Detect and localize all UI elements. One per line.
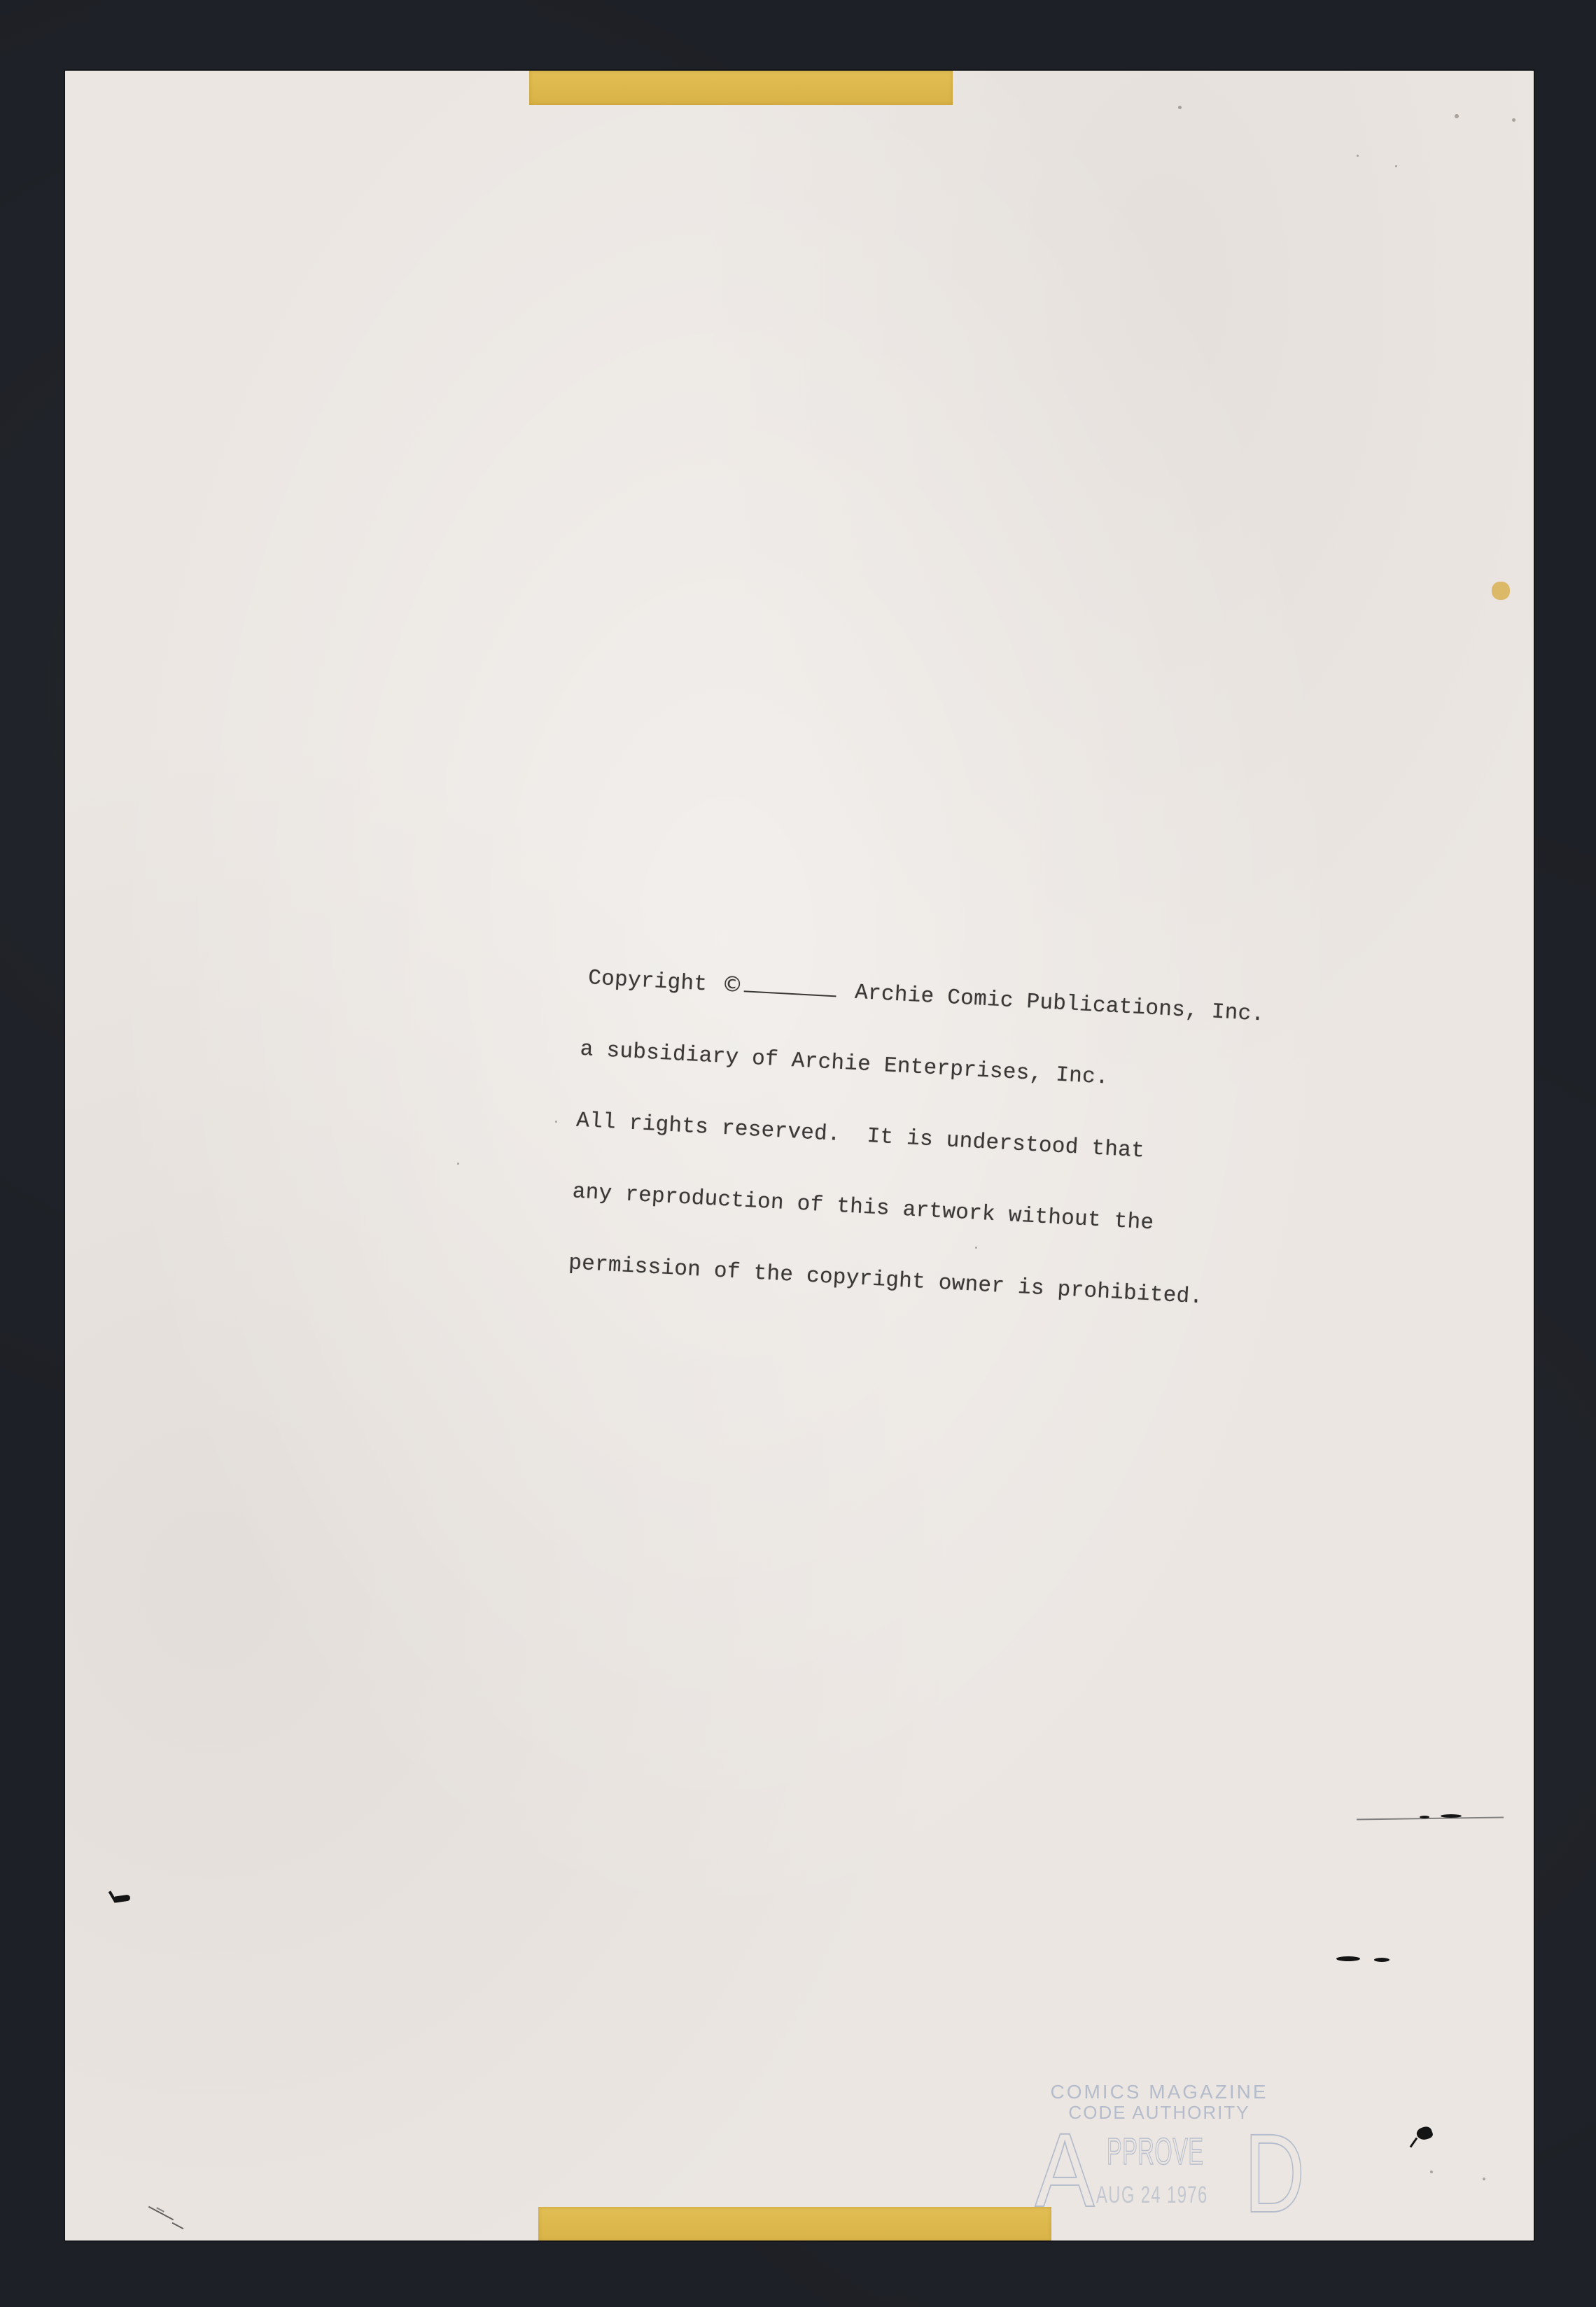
artboard-paper: Copyright ©Archie Comic Publications, In… bbox=[64, 69, 1535, 2242]
ink-blot-droplet bbox=[1415, 2125, 1434, 2142]
speck bbox=[1455, 114, 1459, 118]
copyright-label: Copyright bbox=[587, 966, 721, 997]
ink-dot-right-b bbox=[1441, 1814, 1462, 1818]
copyright-line-4: any reproduction of this artwork without… bbox=[572, 1180, 1254, 1241]
copyright-line-3: All rights reserved. It is understood th… bbox=[575, 1109, 1257, 1170]
copyright-notice: Copyright ©Archie Comic Publications, In… bbox=[566, 918, 1268, 1360]
stamp-approved-word: PPROVE bbox=[1107, 2130, 1204, 2173]
stamp-big-letter-d: D bbox=[1244, 2117, 1305, 2229]
speck bbox=[457, 1163, 459, 1165]
ink-dash-right-1 bbox=[1336, 1956, 1360, 1961]
speck bbox=[1395, 165, 1397, 167]
ink-dash-right-2 bbox=[1374, 1958, 1389, 1962]
masking-tape-bottom bbox=[538, 2207, 1051, 2242]
pencil-mark-bottom-left-1 bbox=[148, 2206, 174, 2221]
stamp-big-letter-a: A bbox=[1035, 2117, 1095, 2222]
copyright-year-blank bbox=[744, 981, 837, 997]
ink-dot-right-a bbox=[1420, 1816, 1429, 1818]
pencil-mark-bottom-left-2 bbox=[172, 2222, 184, 2229]
copyright-line-2: a subsidiary of Archie Enterprises, Inc. bbox=[580, 1038, 1261, 1099]
speck bbox=[1357, 155, 1359, 157]
tape-residue-spot bbox=[1492, 582, 1510, 600]
speck bbox=[1178, 106, 1182, 109]
pencil-line-right bbox=[1357, 1817, 1504, 1821]
publisher-name: Archie Comic Publications, Inc. bbox=[854, 981, 1265, 1028]
copyright-line-5: permission of the copyright owner is pro… bbox=[568, 1251, 1249, 1312]
speck bbox=[1512, 118, 1515, 122]
comics-code-approval-stamp: COMICS MAGAZINE CODE AUTHORITY A PPROVE … bbox=[1030, 2081, 1338, 2242]
speck bbox=[1430, 2171, 1433, 2173]
masking-tape-top bbox=[529, 71, 953, 105]
stamp-line-1: COMICS MAGAZINE bbox=[1030, 2081, 1289, 2103]
copyright-line-1: Copyright ©Archie Comic Publications, In… bbox=[587, 965, 1265, 1027]
copyright-symbol-icon: © bbox=[721, 973, 743, 998]
speck bbox=[555, 1121, 557, 1123]
ink-blot-droplet-tail bbox=[1410, 2138, 1418, 2148]
speck bbox=[1483, 2178, 1485, 2180]
stamp-date: AUG 24 1976 bbox=[1096, 2182, 1208, 2209]
